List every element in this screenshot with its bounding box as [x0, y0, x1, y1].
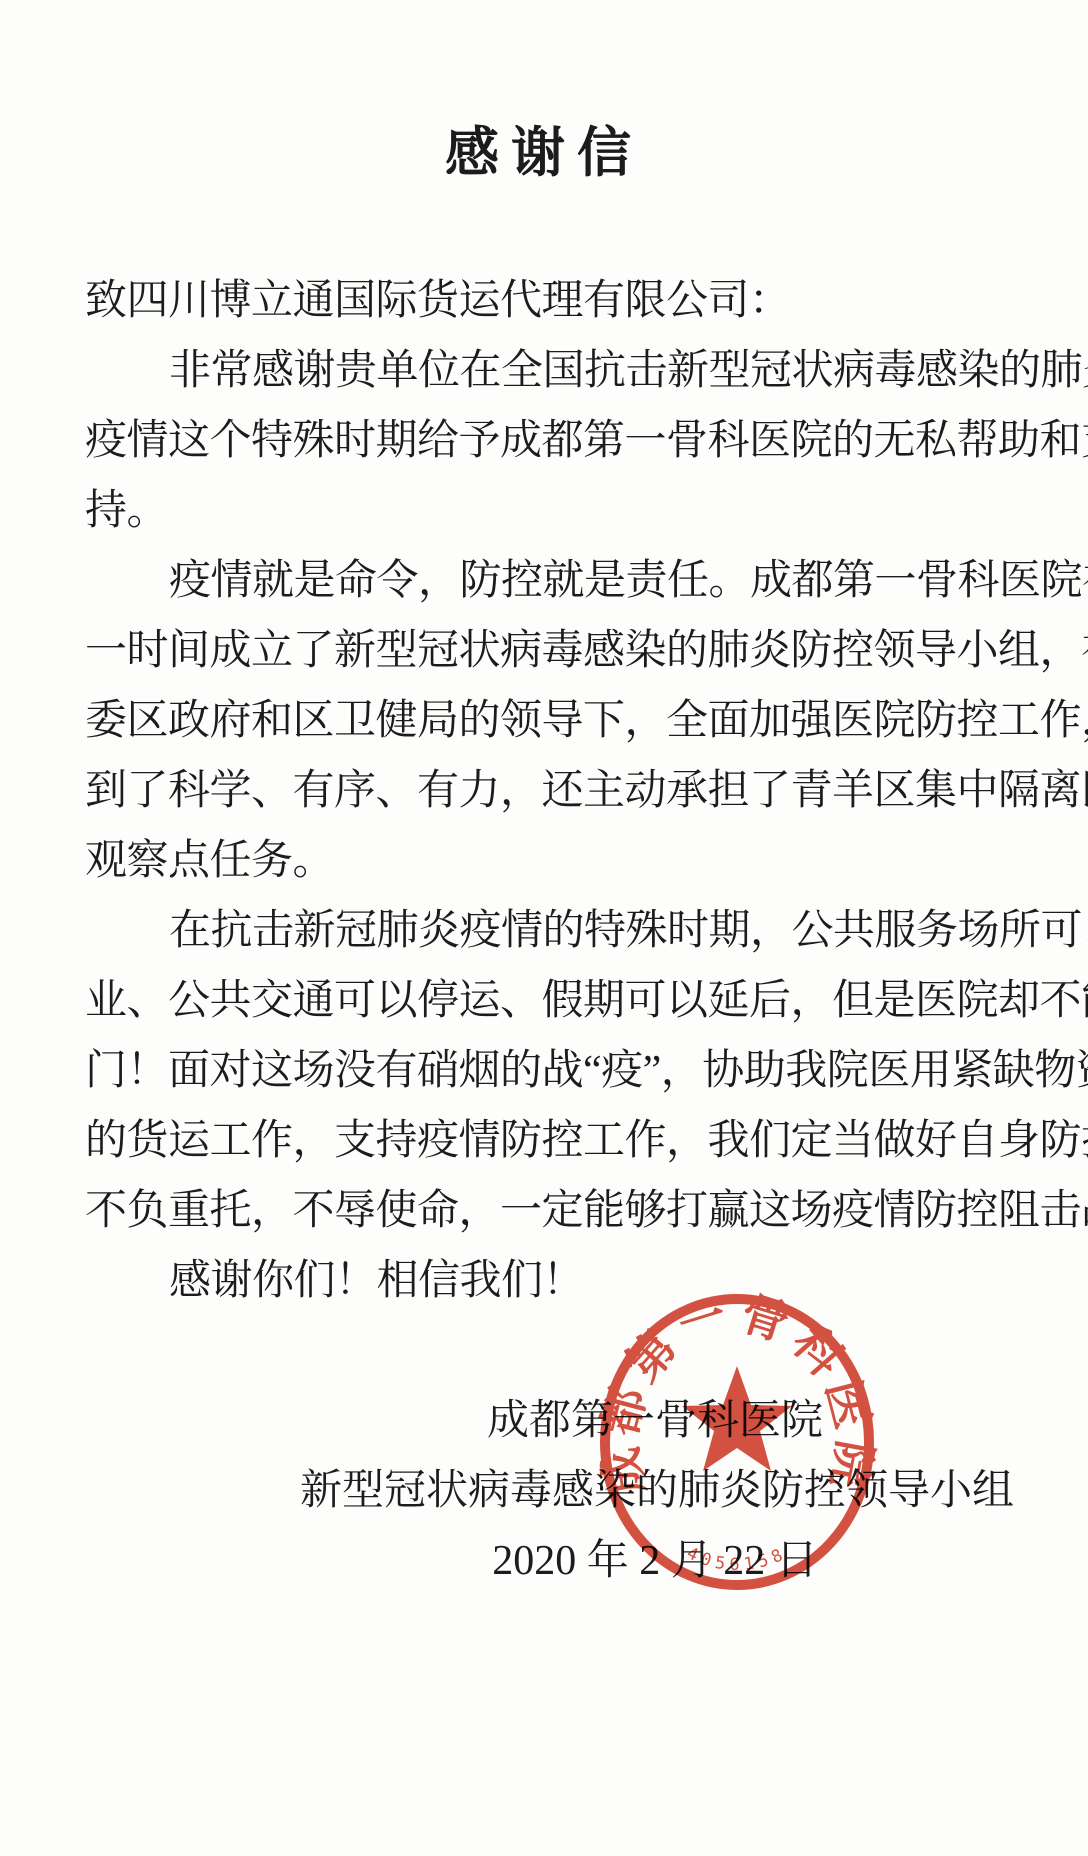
paragraphs-container: 非常感谢贵单位在全国抗击新型冠状病毒感染的肺炎疫情这个特殊时期给予成都第一骨科医… — [85, 336, 1045, 1246]
body-line: 疫情这个特殊时期给予成都第一骨科医院的无私帮助和支 — [85, 406, 1045, 476]
body-line: 观察点任务。 — [85, 826, 1045, 896]
body-line: 在抗击新冠肺炎疫情的特殊时期，公共服务场所可以停 — [85, 896, 1045, 966]
body-line: 持。 — [85, 476, 1045, 546]
body-line: 一时间成立了新型冠状病毒感染的肺炎防控领导小组，在区 — [85, 616, 1045, 686]
signature-block: 成都第一骨科医院 新型冠状病毒感染的肺炎防控领导小组 2020 年 2 月 22… — [300, 1386, 1010, 1596]
body-line: 门！面对这场没有硝烟的战“疫”，协助我院医用紧缺物资 — [85, 1036, 1045, 1106]
body-line: 委区政府和区卫健局的领导下，全面加强医院防控工作，做 — [85, 686, 1045, 756]
body-line: 非常感谢贵单位在全国抗击新型冠状病毒感染的肺炎 — [85, 336, 1045, 406]
body-line: 不负重托，不辱使命，一定能够打赢这场疫情防控阻击战。 — [85, 1176, 1045, 1246]
body-line: 到了科学、有序、有力，还主动承担了青羊区集中隔离医学 — [85, 756, 1045, 826]
letter-body: 致四川博立通国际货运代理有限公司： 非常感谢贵单位在全国抗击新型冠状病毒感染的肺… — [85, 266, 1045, 1316]
letter-title: 感谢信 — [0, 118, 1088, 188]
body-line: 业、公共交通可以停运、假期可以延后，但是医院却不能关 — [85, 966, 1045, 1036]
body-line: 疫情就是命令，防控就是责任。成都第一骨科医院在第 — [85, 546, 1045, 616]
signature-date: 2020 年 2 月 22 日 — [300, 1526, 1010, 1596]
closing-line: 感谢你们！相信我们！ — [85, 1246, 1045, 1316]
salutation: 致四川博立通国际货运代理有限公司： — [85, 266, 1045, 336]
signature-org: 成都第一骨科医院 — [300, 1386, 1010, 1456]
signature-group: 新型冠状病毒感染的肺炎防控领导小组 — [300, 1456, 1010, 1526]
letter-page: 感谢信 致四川博立通国际货运代理有限公司： 非常感谢贵单位在全国抗击新型冠状病毒… — [0, 0, 1088, 1856]
body-line: 的货运工作，支持疫情防控工作，我们定当做好自身防护， — [85, 1106, 1045, 1176]
